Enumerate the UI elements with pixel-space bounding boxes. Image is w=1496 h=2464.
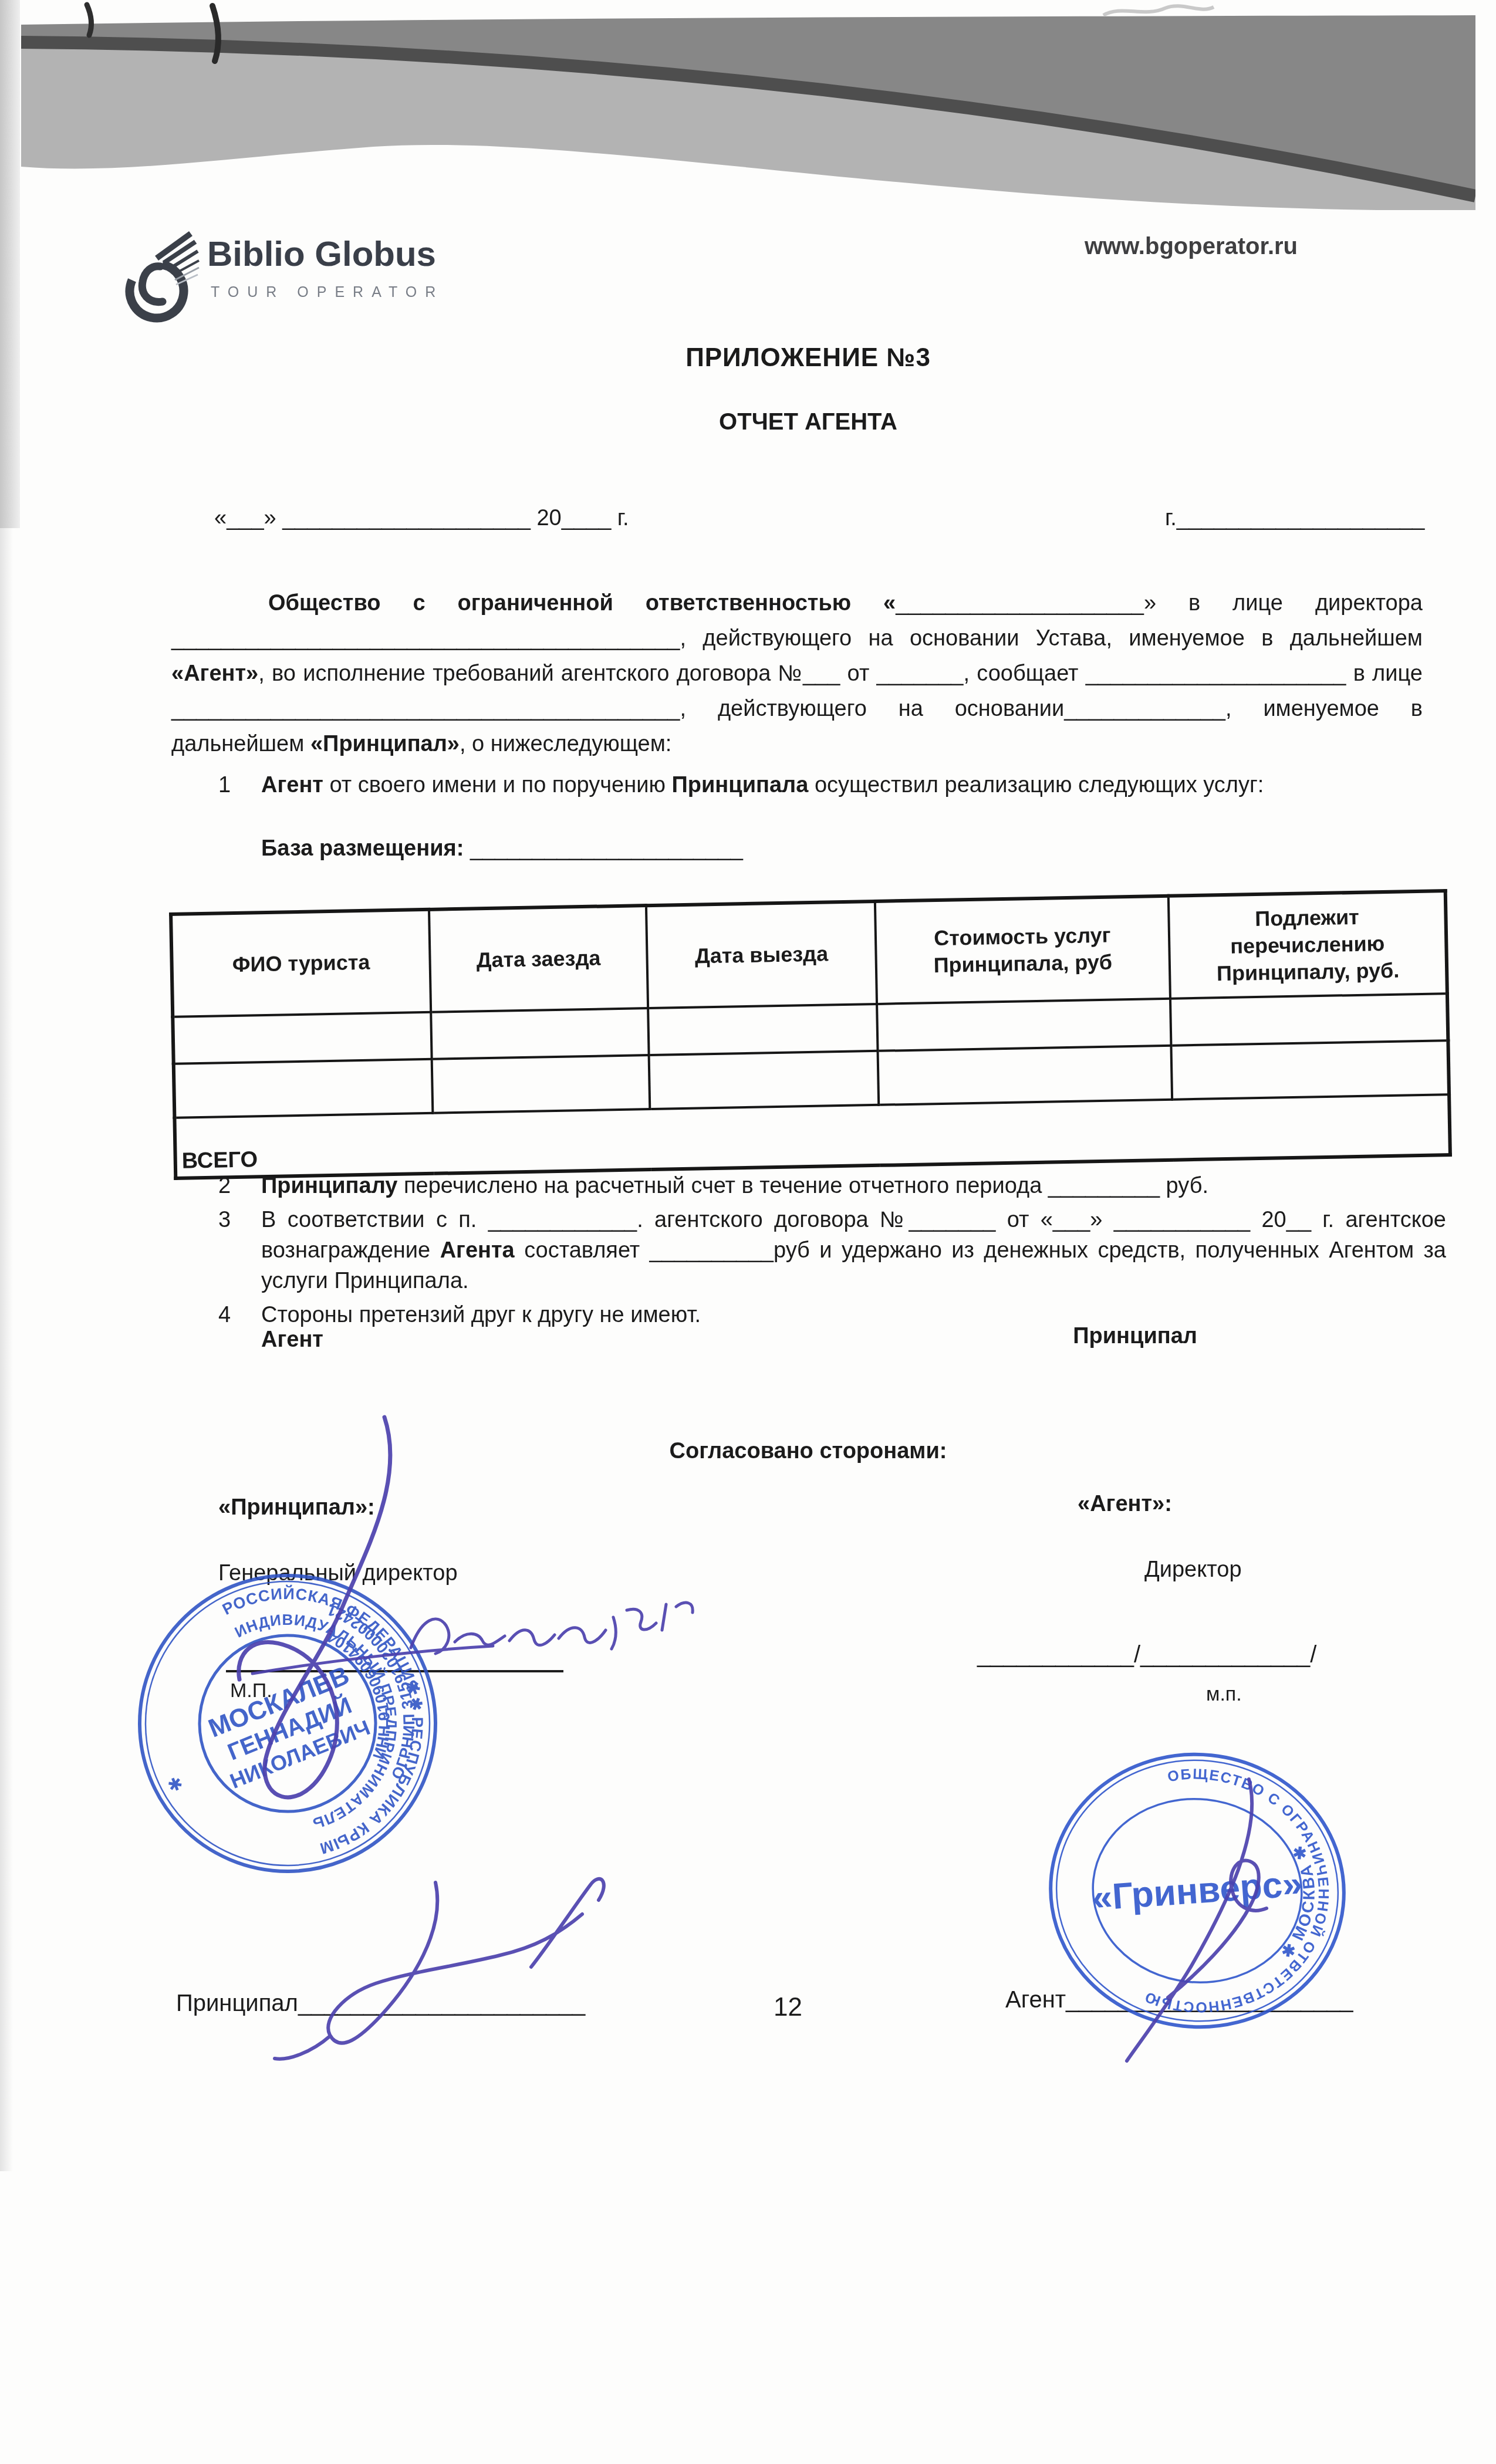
cell-r1-c5: [1170, 993, 1448, 1046]
brand-tagline: TOUR OPERATOR: [211, 284, 444, 301]
signature-bottom-principal: [275, 1879, 604, 2059]
signature-bottom-agent: [1127, 1779, 1267, 2061]
intro-paragraph: Общество с ограниченной ответственностью…: [171, 586, 1423, 762]
item-1-number: 1: [218, 770, 261, 800]
document-title: ОТЧЕТ АГЕНТА: [171, 409, 1445, 435]
item-1-bold-principal: Принципала: [671, 773, 808, 797]
accommodation-base-blank: ______________________: [464, 836, 743, 861]
scan-left-edge-lower: [0, 528, 13, 2171]
intro-seg-6: «Принципал»: [310, 732, 460, 756]
cell-r2-c2: [432, 1055, 650, 1113]
logo-inner-comma: [142, 266, 163, 302]
intro-seg-4: «Агент»: [171, 661, 258, 686]
col-header-tourist-name: ФИО туриста: [171, 910, 431, 1017]
agent-heading: Агент: [261, 1327, 323, 1353]
signature-principal-strike: [252, 1646, 493, 1674]
handwritten-signatures: [117, 1379, 1379, 2089]
cell-r2-c3: [649, 1051, 879, 1109]
city-blank-right: г.____________________: [1165, 506, 1424, 531]
cell-r1-c4: [877, 999, 1171, 1051]
col-header-service-cost: Стоимость услуг Принципала, руб: [875, 896, 1170, 1004]
website-url: www.bgoperator.ru: [1085, 234, 1298, 260]
col-header-due-to-principal: Подлежит перечислению Принципалу, руб.: [1169, 891, 1447, 999]
brand-name: Biblio Globus: [207, 234, 436, 274]
intro-seg-2: ____________________» в лице директора: [896, 591, 1423, 616]
item-1-text-a: от своего имени и по поручению: [323, 773, 672, 797]
item-3-number: 3: [218, 1205, 261, 1296]
cell-r1-c1: [173, 1012, 431, 1064]
cell-r1-c3: [648, 1004, 877, 1055]
scan-pencil-smudge: [1103, 6, 1214, 15]
appendix-title: ПРИЛОЖЕНИЕ №3: [171, 343, 1445, 373]
list-item-1: 1 Агент от своего имени и по поручению П…: [218, 770, 1429, 800]
cell-r2-c1: [174, 1059, 433, 1118]
item-1-text: Агент от своего имени и по поручению При…: [261, 770, 1429, 800]
list-item-3: 3 В соответствии с п. ____________. аген…: [218, 1205, 1446, 1296]
item-3-bold: Агента: [440, 1238, 515, 1263]
item-1-bold-agent: Агент: [261, 773, 323, 797]
signature-principal-flourish: [239, 1417, 390, 1797]
accommodation-base-label: База размещения:: [261, 836, 464, 861]
intro-seg-1: Общество с ограниченной ответственностью…: [268, 591, 896, 616]
services-table: ФИО туриста Дата заезда Дата выезда Стои…: [169, 889, 1452, 1180]
col-header-checkin-date: Дата заезда: [429, 905, 648, 1012]
date-blank-left: «___» ____________________ 20____ г.: [214, 506, 629, 531]
principal-heading: Принципал: [998, 1324, 1197, 1349]
logo-block: Biblio Globus TOUR OPERATOR: [120, 228, 649, 333]
scan-mark-1: [87, 5, 91, 35]
item-4-number: 4: [218, 1300, 261, 1330]
item-2-text: Принципалу перечислено на расчетный счет…: [261, 1171, 1446, 1201]
col-header-checkout-date: Дата выезда: [646, 901, 877, 1008]
intro-seg-3: ________________________________________…: [171, 626, 1423, 651]
cell-r2-c5: [1171, 1040, 1449, 1100]
cell-r2-c4: [878, 1046, 1173, 1105]
biblio-globus-logo-icon: [120, 228, 202, 330]
item-2-rest: перечислено на расчетный счет в течение …: [397, 1174, 1208, 1198]
list-item-4: 4 Стороны претензий друг к другу не имею…: [218, 1300, 1446, 1330]
cell-r1-c2: [431, 1008, 649, 1059]
accommodation-base-line: База размещения: ______________________: [261, 836, 743, 861]
item-3-text: В соответствии с п. ____________. агентс…: [261, 1205, 1446, 1296]
signature-principal-name: [411, 1603, 693, 1654]
scan-artifacts: [0, 0, 1496, 82]
item-2-bold: Принципалу: [261, 1174, 397, 1198]
scan-mark-2: [212, 6, 218, 61]
list-item-2: 2 Принципалу перечислено на расчетный сч…: [218, 1171, 1446, 1201]
services-table-wrap: ФИО туриста Дата заезда Дата выезда Стои…: [171, 901, 1450, 1168]
list-items-2-4: 2 Принципалу перечислено на расчетный сч…: [218, 1171, 1446, 1330]
scanned-document-page: Biblio Globus TOUR OPERATOR www.bgoperat…: [0, 0, 1496, 2464]
item-2-number: 2: [218, 1171, 261, 1201]
intro-seg-7: , о нижеследующем:: [460, 732, 671, 756]
item-1-text-b: осуществил реализацию следующих услуг:: [808, 773, 1264, 797]
item-4-text: Стороны претензий друг к другу не имеют.: [261, 1300, 1446, 1330]
